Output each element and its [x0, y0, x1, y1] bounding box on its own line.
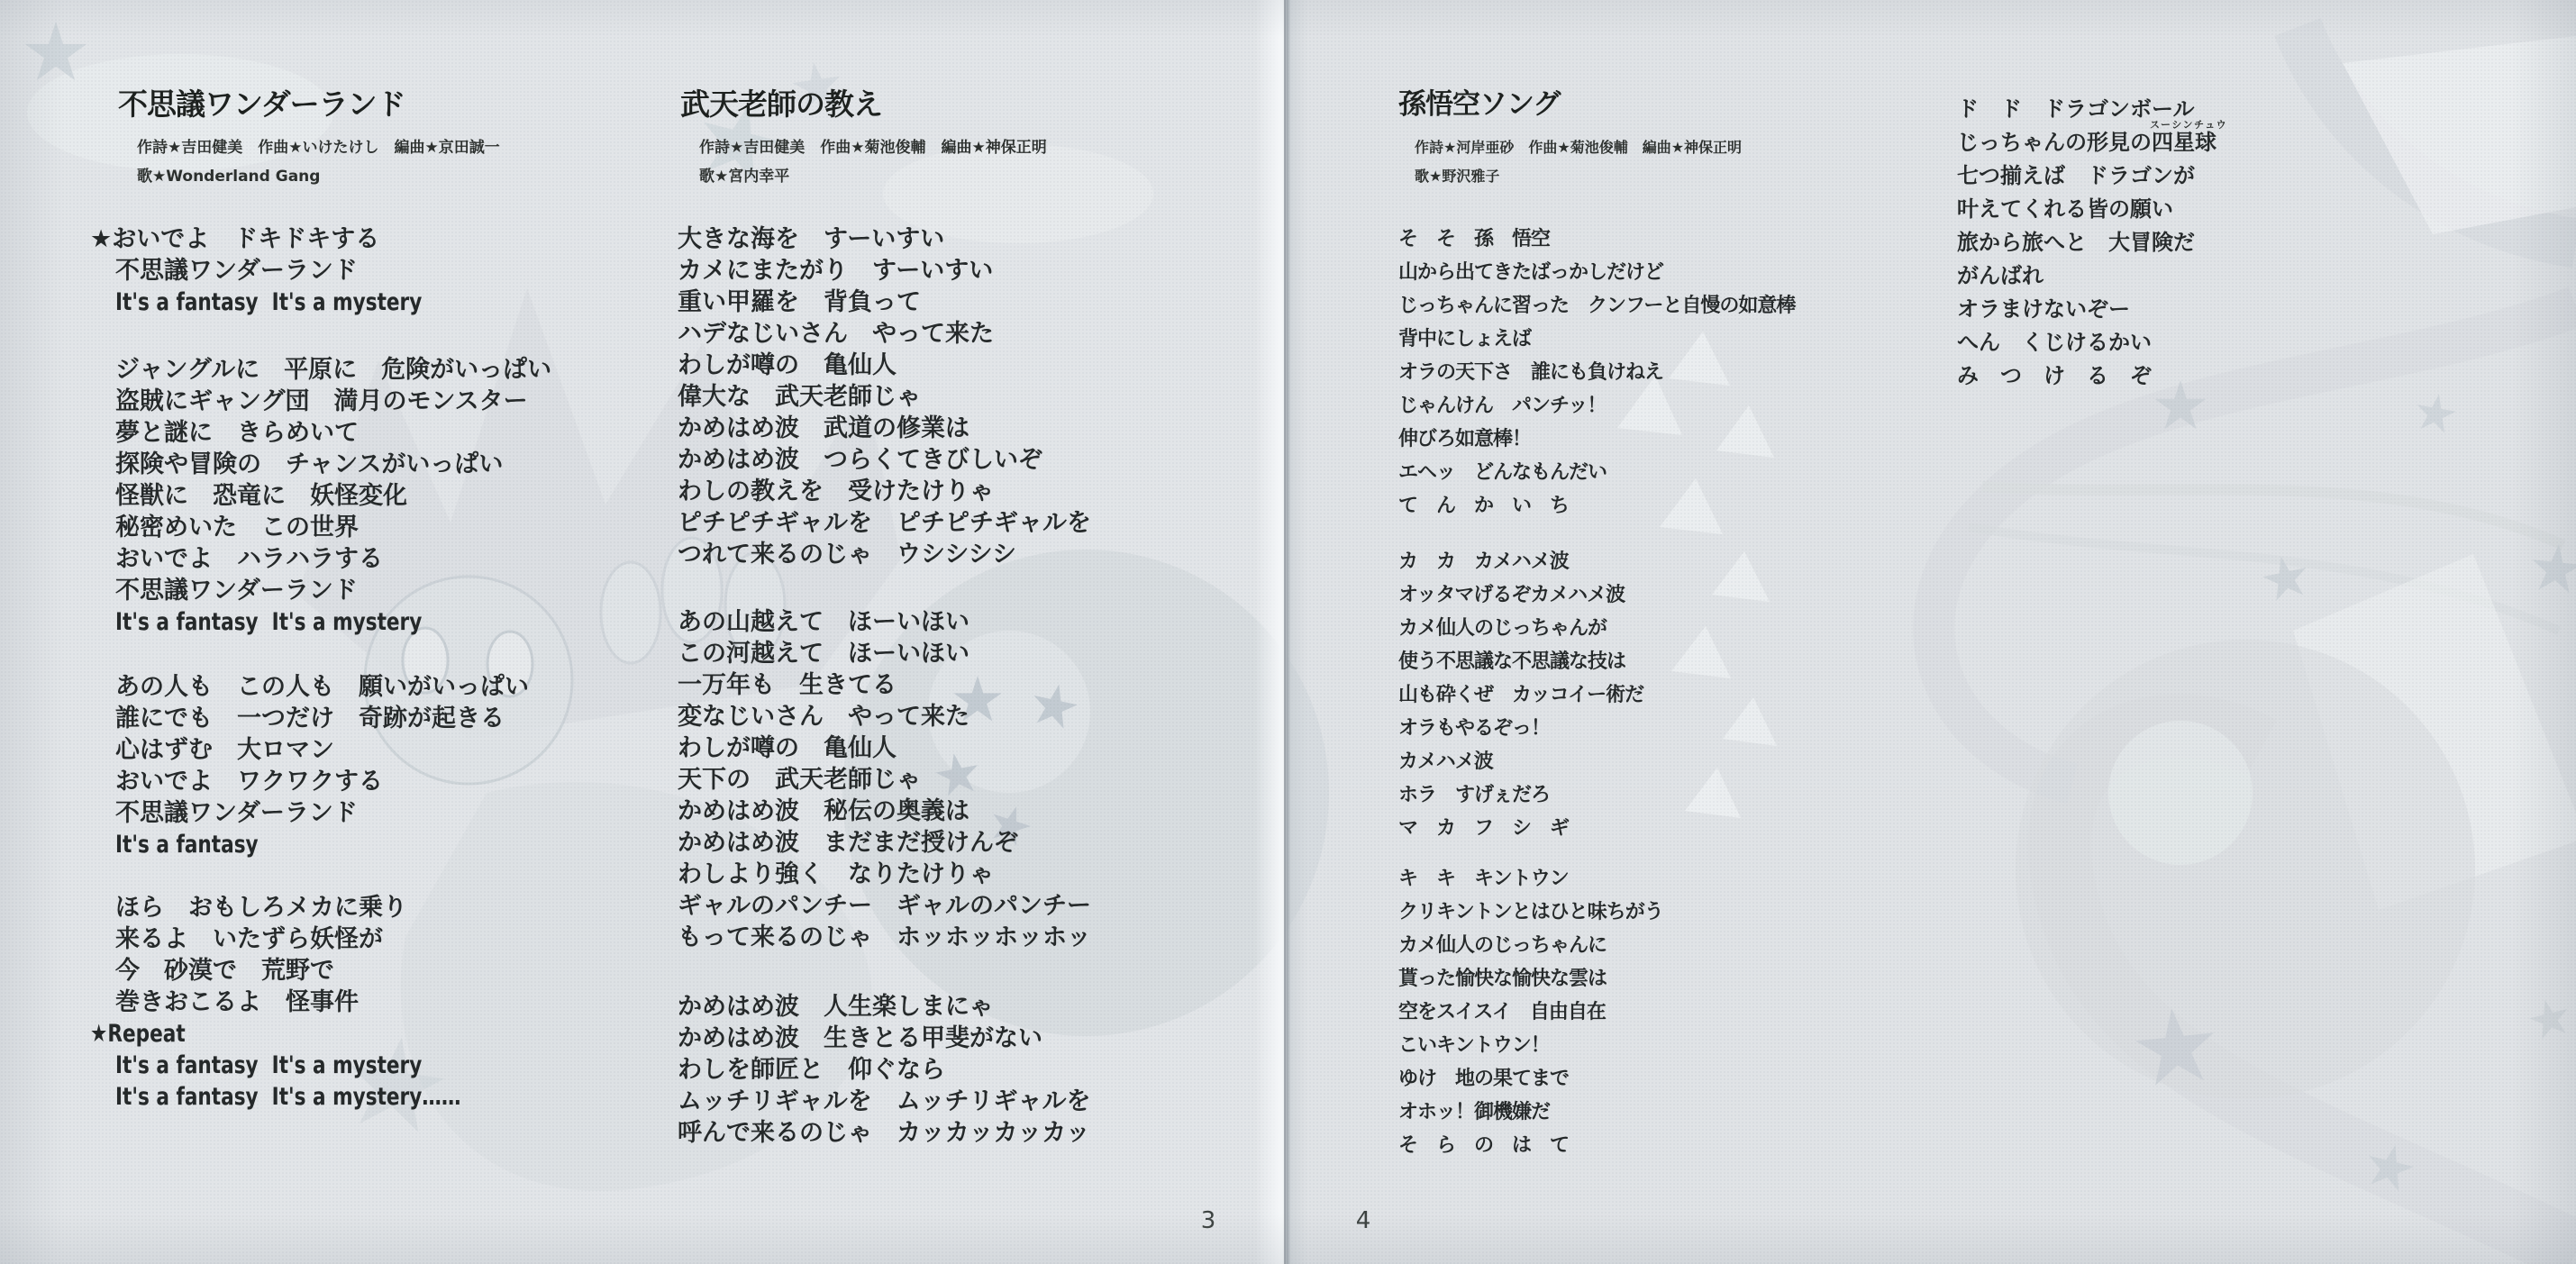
lyric-line: 一万年も 生きてる [678, 669, 1272, 701]
lyric-line: み つ け る ぞ [1957, 359, 2462, 393]
lyric-line: 呼んで来るのじゃ カッカッカッカッ [678, 1117, 1272, 1149]
lyric-line: 山から出てきたばっかしだけど [1398, 256, 1993, 289]
lyric-line: わしの教えを 受けたけりゃ [678, 476, 1272, 507]
lyric-line: かめはめ波 人生楽しまにゃ [678, 991, 1272, 1023]
lyric-line: エヘッ どんなもんだい [1398, 456, 1993, 489]
lyric-line: 貰った愉快な愉快な雲は [1398, 962, 1993, 996]
lyric-line: 天下の 武天老師じゃ [678, 764, 1272, 796]
lyric-line: 偉大な 武天老師じゃ [678, 381, 1272, 413]
lyrics-stanza: かめはめ波 人生楽しまにゃかめはめ波 生きとる甲斐がないわしを師匠と 仰ぐならム… [678, 991, 1272, 1149]
lyric-line: オッタマげるぞカメハメ波 [1398, 578, 1993, 612]
lyric-line: ムッチリギャルを ムッチリギャルを [678, 1086, 1272, 1117]
song-column-son-goku-song: 孫悟空ソング 作詩★河岸亜砂 作曲★菊池俊輔 編曲★神保正明 歌★野沢雅子 そ … [1398, 86, 1993, 1162]
lyric-line: かめはめ波 秘伝の奥義は [678, 796, 1272, 827]
lyric-line: オラもやるぞっ！ [1398, 712, 1993, 745]
lyric-line: カメ仙人のじっちゃんに [1398, 929, 1993, 962]
lyric-line: ギャルのパンチー ギャルのパンチー [678, 890, 1272, 922]
lyric-line: ハデなじいさん やって来た [678, 318, 1272, 350]
lyric-line: カメハメ波 [1398, 745, 1993, 778]
song-credits: 作詩★吉田健美 作曲★菊池俊輔 編曲★神保正明 歌★宮内幸平 [699, 133, 1272, 191]
lyric-line: もって来るのじゃ ホッホッホッホッ [678, 922, 1272, 953]
lyric-line: がんばれ [1957, 259, 2462, 293]
lyric-line: 叶えてくれる皆の願い [1957, 193, 2462, 226]
lyric-line: 使う不思議な不思議な技は [1398, 645, 1993, 678]
lyrics-stanza: ★おいでよ ドキドキする不思議ワンダーランドIt's a fantasy It'… [115, 223, 692, 318]
song-title: 孫悟空ソング [1398, 86, 1993, 123]
lyric-line: クリキントンとはひと味ちがう [1398, 896, 1993, 929]
song-credits: 作詩★河岸亜砂 作曲★菊池俊輔 編曲★神保正明 歌★野沢雅子 [1415, 133, 1993, 191]
lyric-line: ホラ すげぇだろ [1398, 778, 1993, 812]
lyric-line: カメにまたがり すーいすい [678, 255, 1272, 286]
lyric-line: 不思議ワンダーランド [115, 255, 692, 286]
lyric-line: オラの天下さ 誰にも負けねえ [1398, 356, 1993, 389]
lyric-line: わしが噂の 亀仙人 [678, 350, 1272, 381]
lyric-line: ピチピチギャルを ピチピチギャルを [678, 507, 1272, 539]
lyric-line: ゆけ 地の果てまで [1398, 1062, 1993, 1096]
lyric-line: この河越えて ほーいほい [678, 638, 1272, 669]
lyric-line: 盗賊にギャング団 満月のモンスター [115, 386, 692, 417]
lyrics-stanza: ド ド ドラゴンボールじっちゃんの形見の四星球七つ揃えば ドラゴンが叶えてくれる… [1957, 93, 2462, 393]
lyric-line: マ カ フ シ ギ [1398, 812, 1993, 845]
lyrics-stanza: あの山越えて ほーいほいこの河越えて ほーいほい一万年も 生きてる変なじいさん … [678, 606, 1272, 953]
lyric-line: It's a fantasy It's a mystery [115, 286, 577, 318]
lyric-line: じゃんけん パンチッ！ [1398, 389, 1993, 423]
lyric-line: It's a fantasy It's a mystery…… [115, 1081, 577, 1113]
credit-line: 歌★野沢雅子 [1415, 162, 1993, 191]
song-column-son-goku-song-continued: スーシンチュウ ド ド ドラゴンボールじっちゃんの形見の四星球七つ揃えば ドラゴ… [1957, 93, 2462, 393]
credit-line: 歌★Wonderland Gang [137, 162, 692, 191]
lyric-line: かめはめ波 つらくてきびしいぞ [678, 444, 1272, 476]
lyric-line: 伸びろ如意棒！ [1398, 423, 1993, 456]
lyric-line: ★おいでよ ドキドキする [90, 223, 692, 255]
lyric-line: カ カ カメハメ波 [1398, 545, 1993, 578]
lyric-line: 秘密めいた この世界 [115, 512, 692, 543]
lyric-line: 今 砂漠で 荒野で [115, 955, 692, 987]
lyric-line: 探険や冒険の チャンスがいっぱい [115, 449, 692, 480]
lyric-line: そ ら の は て [1398, 1129, 1993, 1162]
credit-line: 作詩★吉田健美 作曲★いけたけし 編曲★京田誠一 [137, 133, 692, 162]
lyric-line: わしが噂の 亀仙人 [678, 732, 1272, 764]
lyric-line: かめはめ波 まだまだ授けんぞ [678, 827, 1272, 859]
lyric-line: 空をスイスイ 自由自在 [1398, 996, 1993, 1029]
lyric-line: オホッ！御機嫌だ [1398, 1096, 1993, 1129]
lyric-line: 誰にでも 一つだけ 奇跡が起きる [115, 703, 692, 734]
song-title: 武天老師の教え [680, 86, 1272, 123]
lyric-line: 重い甲羅を 背負って [678, 286, 1272, 318]
lyric-line: 来るよ いたずら妖怪が [115, 923, 692, 955]
lyric-line: つれて来るのじゃ ウシシシシ [678, 539, 1272, 570]
lyric-line: かめはめ波 生きとる甲斐がない [678, 1023, 1272, 1054]
lyric-line: 不思議ワンダーランド [115, 797, 692, 829]
lyric-line: そ そ 孫 悟空 [1398, 223, 1993, 256]
credit-line: 作詩★河岸亜砂 作曲★菊池俊輔 編曲★神保正明 [1415, 133, 1993, 162]
lyric-line: It's a fantasy It's a mystery [115, 1050, 577, 1081]
lyric-line: 大きな海を すーいすい [678, 223, 1272, 255]
lyrics-stanza: ほら おもしろメカに乗り来るよ いたずら妖怪が今 砂漠で 荒野で巻きおこるよ 怪… [115, 892, 692, 1113]
lyric-line: 怪獣に 恐竜に 妖怪変化 [115, 480, 692, 512]
lyric-line: 旅から旅へと 大冒険だ [1957, 226, 2462, 259]
lyric-line: It's a fantasy It's a mystery [115, 606, 577, 638]
lyric-line: へん くじけるかい [1957, 326, 2462, 359]
lyric-line: 夢と謎に きらめいて [115, 417, 692, 449]
lyric-line: あの人も この人も 願いがいっぱい [115, 671, 692, 703]
song-credits: 作詩★吉田健美 作曲★いけたけし 編曲★京田誠一 歌★Wonderland Ga… [137, 133, 692, 191]
lyrics-stanza: カ カ カメハメ波オッタマげるぞカメハメ波カメ仙人のじっちゃんが使う不思議な不思… [1398, 545, 1993, 845]
furigana-su-shin-chu: スーシンチュウ [2150, 117, 2227, 132]
credit-line: 歌★宮内幸平 [699, 162, 1272, 191]
lyric-line: じっちゃんに習った クンフーと自慢の如意棒 [1398, 289, 1993, 323]
lyric-line: あの山越えて ほーいほい [678, 606, 1272, 638]
lyric-line: ほら おもしろメカに乗り [115, 892, 692, 923]
lyric-line: 背中にしょえば [1398, 323, 1993, 356]
lyric-line: オラまけないぞー [1957, 293, 2462, 326]
lyric-line: 山も砕くぜ カッコイー術だ [1398, 678, 1993, 712]
lyric-line: 心はずむ 大ロマン [115, 734, 692, 766]
page-number-right: 4 [1336, 1207, 1390, 1234]
lyrics-stanza: そ そ 孫 悟空山から出てきたばっかしだけどじっちゃんに習った クンフーと自慢の… [1398, 223, 1993, 523]
lyric-line: It's a fantasy [115, 829, 577, 860]
lyric-line: カメ仙人のじっちゃんが [1398, 612, 1993, 645]
song-title: 不思議ワンダーランド [118, 86, 692, 123]
lyric-line: こいキントウン！ [1398, 1029, 1993, 1062]
lyric-line: キ キ キントウン [1398, 862, 1993, 896]
lyric-line: わしを師匠と 仰ぐなら [678, 1054, 1272, 1086]
lyrics-stanza: あの人も この人も 願いがいっぱい誰にでも 一つだけ 奇跡が起きる心はずむ 大ロ… [115, 671, 692, 860]
lyric-line: て ん か い ち [1398, 489, 1993, 523]
song-column-muten-roshi: 武天老師の教え 作詩★吉田健美 作曲★菊池俊輔 編曲★神保正明 歌★宮内幸平 大… [678, 86, 1272, 1149]
lyric-line: 巻きおこるよ 怪事件 [115, 987, 692, 1018]
lyric-line: かめはめ波 武道の修業は [678, 413, 1272, 444]
lyrics-stanza: キ キ キントウンクリキントンとはひと味ちがうカメ仙人のじっちゃんに貰った愉快な… [1398, 862, 1993, 1162]
lyric-line: 変なじいさん やって来た [678, 701, 1272, 732]
lyrics-stanza: ジャングルに 平原に 危険がいっぱい盗賊にギャング団 満月のモンスター夢と謎に … [115, 354, 692, 638]
song-column-fushigi-wonderland: 不思議ワンダーランド 作詩★吉田健美 作曲★いけたけし 編曲★京田誠一 歌★Wo… [115, 86, 692, 1113]
lyric-line: おいでよ ハラハラする [115, 543, 692, 575]
lyrics-stanza: 大きな海を すーいすいカメにまたがり すーいすい重い甲羅を 背負ってハデなじいさ… [678, 223, 1272, 570]
lyric-line: 不思議ワンダーランド [115, 575, 692, 606]
lyric-line: ★Repeat [90, 1018, 571, 1050]
lyric-line: 七つ揃えば ドラゴンが [1957, 159, 2462, 193]
credit-line: 作詩★吉田健美 作曲★菊池俊輔 編曲★神保正明 [699, 133, 1272, 162]
lyric-line: ジャングルに 平原に 危険がいっぱい [115, 354, 692, 386]
lyric-line: わしより強く なりたけりゃ [678, 859, 1272, 890]
page-number-left: 3 [1181, 1207, 1235, 1234]
lyric-line: おいでよ ワクワクする [115, 766, 692, 797]
